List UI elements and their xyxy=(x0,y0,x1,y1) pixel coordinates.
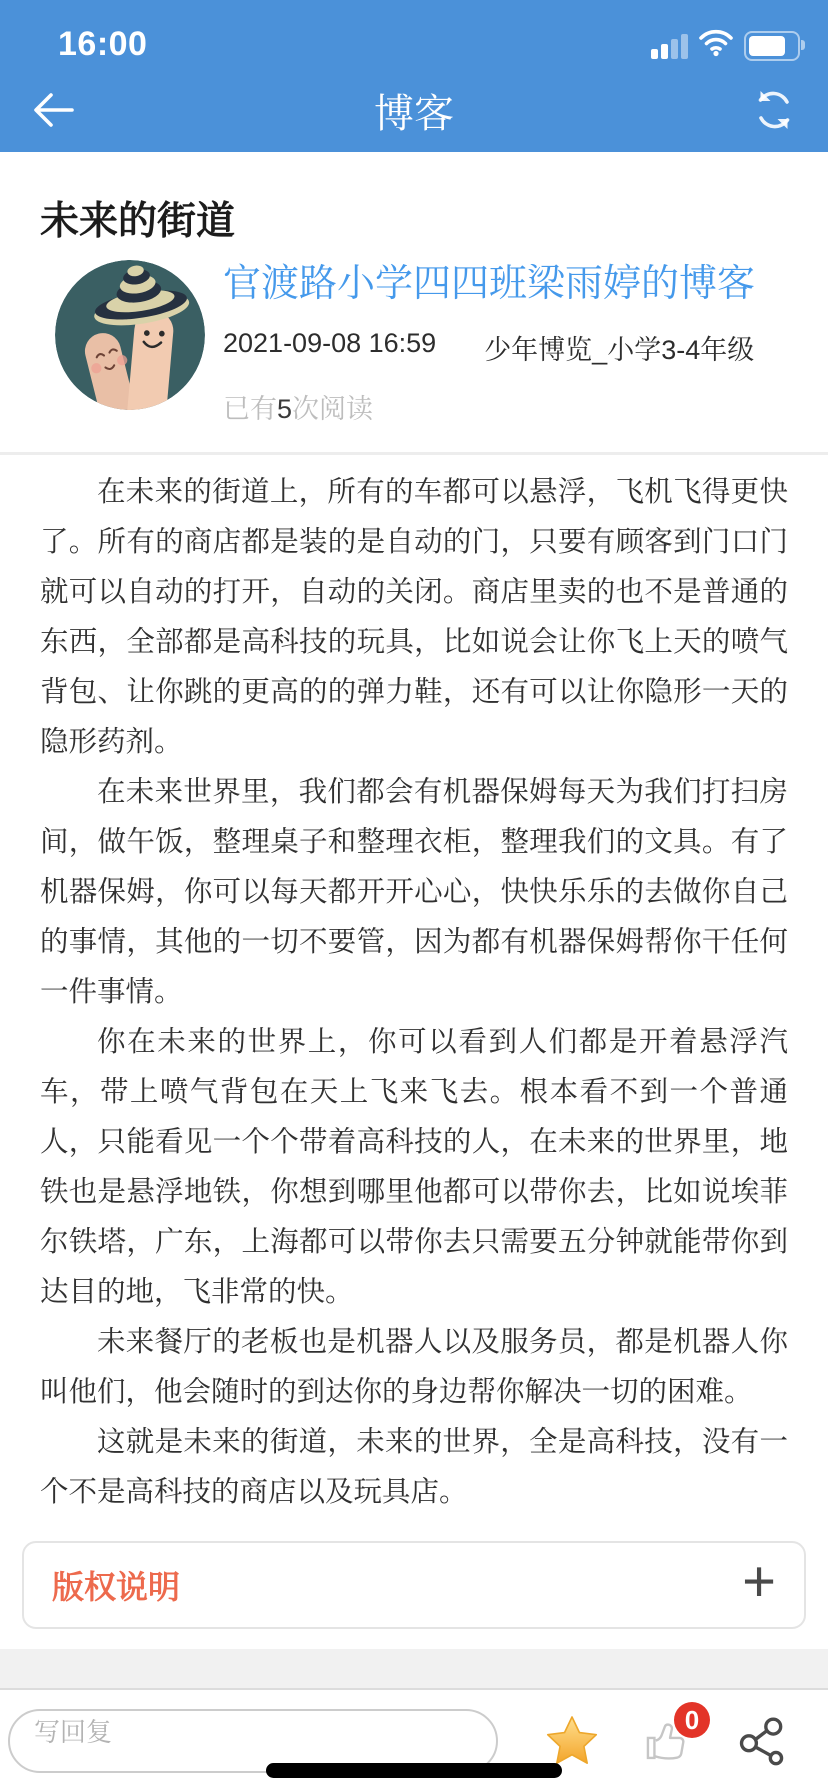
author-blog-link[interactable]: 官渡路小学四四班梁雨婷的博客 xyxy=(223,260,755,308)
expand-plus-icon[interactable]: + xyxy=(742,1553,776,1611)
app-header: 16:00 xyxy=(0,0,828,152)
nav-bar: 博客 xyxy=(0,68,828,152)
article-paragraph: 你在未来的世界上，你可以看到人们都是开着悬浮汽车，带上喷气背包在天上飞来飞去。根… xyxy=(40,1017,788,1317)
status-time: 16:00 xyxy=(58,25,147,64)
cellular-signal-icon xyxy=(651,33,688,59)
like-count-badge: 0 xyxy=(674,1702,710,1738)
battery-icon xyxy=(744,31,800,61)
page-title: 博客 xyxy=(0,82,828,139)
favorite-star-icon[interactable] xyxy=(543,1712,601,1770)
share-icon[interactable] xyxy=(733,1712,791,1770)
author-avatar[interactable] xyxy=(55,260,205,410)
wifi-icon xyxy=(698,29,734,62)
status-bar: 16:00 xyxy=(0,0,828,68)
article-paragraph: 未来餐厅的老板也是机器人以及服务员，都是机器人你叫他们，他会随时的到达你的身边帮… xyxy=(40,1317,788,1417)
section-spacer xyxy=(0,1649,828,1691)
refresh-icon[interactable] xyxy=(746,82,802,138)
blog-app-screen: 16:00 xyxy=(0,0,828,1792)
article-title: 未来的街道 xyxy=(40,196,788,248)
copyright-label: 版权说明 xyxy=(52,1562,180,1608)
article-body: 在未来的街道上，所有的车都可以悬浮，飞机飞得更快了。所有的商店都是装的是自动的门… xyxy=(0,455,828,1517)
copyright-panel[interactable]: 版权说明 + xyxy=(22,1541,806,1629)
article-category: 少年博览_小学3-4年级 xyxy=(484,328,754,367)
article-view: 未来的街道 xyxy=(0,196,828,1775)
back-arrow-icon[interactable] xyxy=(26,82,82,138)
article-paragraph: 在未来的街道上，所有的车都可以悬浮，飞机飞得更快了。所有的商店都是装的是自动的门… xyxy=(40,467,788,767)
article-paragraph: 在未来世界里，我们都会有机器保姆每天为我们打扫房间，做午饭，整理桌子和整理衣柜，… xyxy=(40,767,788,1017)
home-indicator[interactable] xyxy=(266,1763,562,1778)
like-thumb-icon[interactable]: 0 xyxy=(638,1712,696,1770)
article-paragraph: 这就是未来的街道，未来的世界，全是高科技，没有一个不是高科技的商店以及玩具店。 xyxy=(40,1417,788,1517)
author-section: 官渡路小学四四班梁雨婷的博客 2021-09-08 16:59 少年博览_小学3… xyxy=(55,260,788,426)
publish-date: 2021-09-08 16:59 xyxy=(223,328,436,367)
read-count: 已有5次阅读 xyxy=(223,387,755,426)
